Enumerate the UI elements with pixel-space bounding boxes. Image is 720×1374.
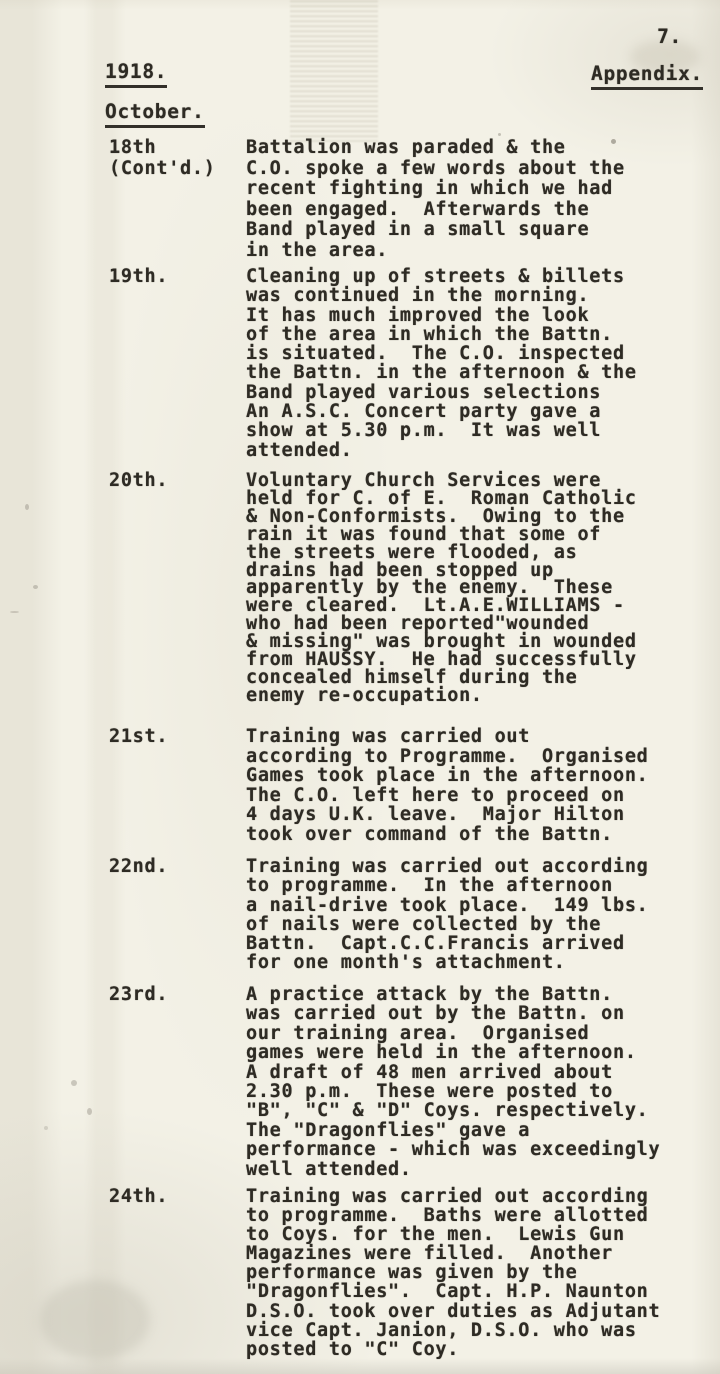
paper-smudge: [40, 1280, 150, 1360]
paper-speck: [44, 1126, 48, 1130]
entry-body: Training was carried out according to pr…: [246, 857, 696, 973]
entry-body: Cleaning up of streets & billets was con…: [246, 267, 696, 460]
entry-date: 19th.: [109, 267, 239, 286]
scanned-war-diary-page: 7. 1918. Appendix. October. 18th (Cont'd…: [0, 0, 720, 1374]
paper-speck: [87, 1108, 92, 1115]
entry-date: 21st.: [109, 727, 239, 747]
entry-body: Training was carried out according to pr…: [246, 1187, 696, 1359]
year-heading: 1918.: [105, 60, 167, 88]
ghost-text-band: [290, 0, 378, 142]
entry-date: 23rd.: [109, 985, 239, 1004]
entry-date: 24th.: [109, 1187, 239, 1206]
appendix-heading: Appendix.: [591, 62, 703, 90]
entry-body: A practice attack by the Battn. was carr…: [246, 985, 696, 1179]
paper-speck: [498, 133, 501, 136]
entry-date: 20th.: [109, 472, 239, 490]
paper-speck: [71, 1080, 77, 1086]
entry-body: Voluntary Church Services were held for …: [246, 472, 696, 705]
entry-body: Training was carried out according to Pr…: [246, 727, 696, 845]
entry-date: 18th (Cont'd.): [109, 138, 239, 179]
entry-date: 22nd.: [109, 857, 239, 876]
paper-speck: [25, 504, 29, 510]
entry-body: Battalion was paraded & the C.O. spoke a…: [246, 138, 696, 262]
paper-speck: [33, 585, 38, 589]
page-number: 7.: [657, 25, 682, 48]
paper-speck: [10, 611, 19, 613]
month-heading: October.: [105, 100, 205, 128]
